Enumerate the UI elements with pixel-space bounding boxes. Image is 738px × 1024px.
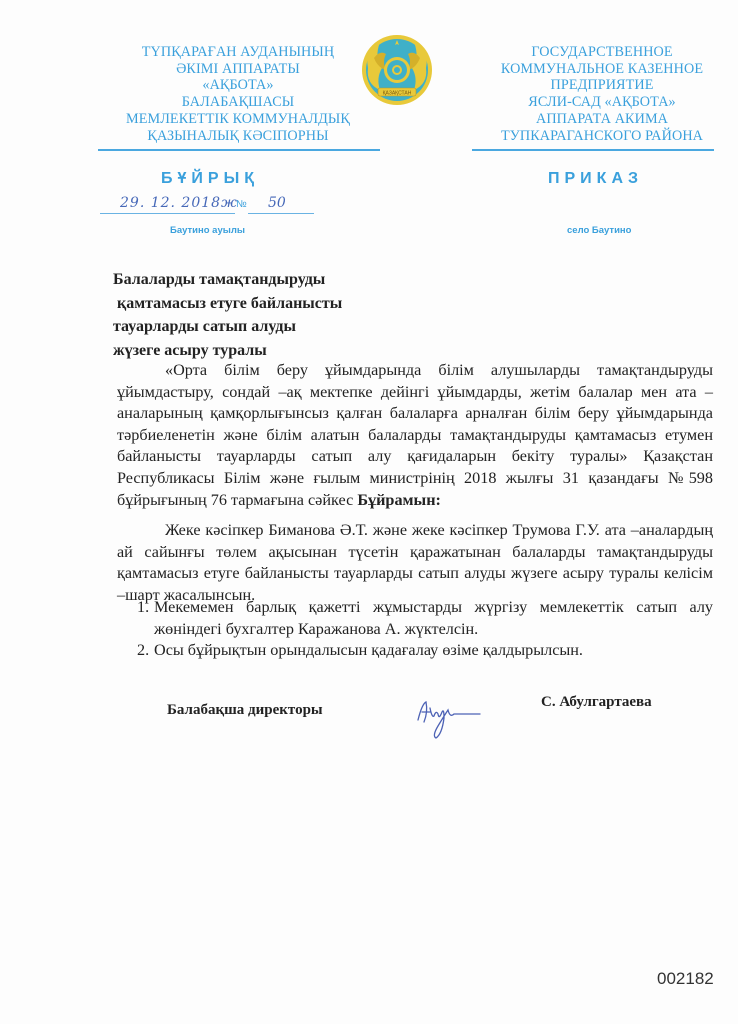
header-divider-left xyxy=(98,149,380,151)
number-sign: № xyxy=(236,199,247,210)
subject-line: тауарларды сатып алуды xyxy=(113,315,342,339)
header-kz-line: «АҚБОТА» xyxy=(108,77,368,94)
document-number: 002182 xyxy=(657,969,714,989)
header-kz-line: МЕМЛЕКЕТТІК КОММУНАЛДЫҚ xyxy=(108,111,368,128)
header-kz-line: ӘКІМІ АППАРАТЫ xyxy=(108,61,368,78)
order-subject: Балаларды тамақтандыруды қамтамасыз етуг… xyxy=(113,268,342,362)
order-date: 29. 12. 2018ж xyxy=(120,195,238,211)
place-russian: село Баутино xyxy=(567,225,631,236)
order-title-russian: ПРИКАЗ xyxy=(548,170,643,188)
document-page: ТҮПҚАРАҒАН АУДАНЫНЫҢ ӘКІМІ АППАРАТЫ «АҚБ… xyxy=(0,0,738,1024)
order-title-kazakh: БҰЙРЫҚ xyxy=(161,170,259,188)
header-ru-line: ГОСУДАРСТВЕННОЕ xyxy=(474,44,730,61)
svg-text:ҚАЗАҚСТАН: ҚАЗАҚСТАН xyxy=(383,91,412,97)
number-underline xyxy=(248,213,314,214)
header-russian: ГОСУДАРСТВЕННОЕ КОММУНАЛЬНОЕ КАЗЕННОЕ ПР… xyxy=(474,44,730,144)
subject-line: қамтамасыз етуге байланысты xyxy=(113,292,342,316)
list-text: Осы бұйрықтын орындалысын қадағалау өзім… xyxy=(154,641,583,659)
header-ru-line: КОММУНАЛЬНОЕ КАЗЕННОЕ xyxy=(474,61,730,78)
order-number: 50 xyxy=(268,195,286,211)
header-divider-right xyxy=(472,149,714,151)
list-text: Мекемемен барлық қажетті жұмыстарды жүрг… xyxy=(154,598,713,638)
list-item: 2. Осы бұйрықтын орындалысын қадағалау ө… xyxy=(117,640,713,662)
signatory-name: С. Абулгартаева xyxy=(541,694,652,711)
header-ru-line: ПРЕДПРИЯТИЕ xyxy=(474,77,730,94)
header-kz-line: БАЛАБАҚШАСЫ xyxy=(108,94,368,111)
preamble-text: «Орта білім беру ұйымдарында білім алушы… xyxy=(117,361,713,509)
preamble-paragraph: «Орта білім беру ұйымдарында білім алушы… xyxy=(117,360,713,511)
subject-line: жүзеге асыру туралы xyxy=(113,339,342,363)
state-emblem-icon: ҚАЗАҚСТАН xyxy=(360,28,434,112)
header-kz-line: ТҮПҚАРАҒАН АУДАНЫНЫҢ xyxy=(108,44,368,61)
signatory-role: Балабақша директоры xyxy=(167,702,323,719)
header-kz-line: ҚАЗЫНАЛЫҚ КӘСІПОРНЫ xyxy=(108,128,368,145)
date-underline xyxy=(100,213,235,214)
list-number: 2. xyxy=(137,640,149,662)
header-ru-line: АППАРАТА АКИМА xyxy=(474,111,730,128)
header-ru-line: ЯСЛИ-САД «АҚБОТА» xyxy=(474,94,730,111)
header-kazakh: ТҮПҚАРАҒАН АУДАНЫНЫҢ ӘКІМІ АППАРАТЫ «АҚБ… xyxy=(108,44,368,144)
order-date-number: 29. 12. 2018ж № 50 xyxy=(100,195,315,215)
header-ru-line: ТУПКАРАГАНСКОГО РАЙОНА xyxy=(474,128,730,145)
main-directive-paragraph: Жеке кәсіпкер Биманова Ә.Т. және жеке кә… xyxy=(117,520,713,606)
list-item: 1. Мекемемен барлық қажетті жұмыстарды ж… xyxy=(117,597,713,640)
handwritten-signature-icon xyxy=(408,690,488,742)
order-directive: Бұйрамын: xyxy=(357,491,441,509)
place-kazakh: Баутино ауылы xyxy=(170,225,245,236)
list-number: 1. xyxy=(137,597,149,619)
directive-list: 1. Мекемемен барлық қажетті жұмыстарды ж… xyxy=(117,597,713,662)
subject-line: Балаларды тамақтандыруды xyxy=(113,268,342,292)
